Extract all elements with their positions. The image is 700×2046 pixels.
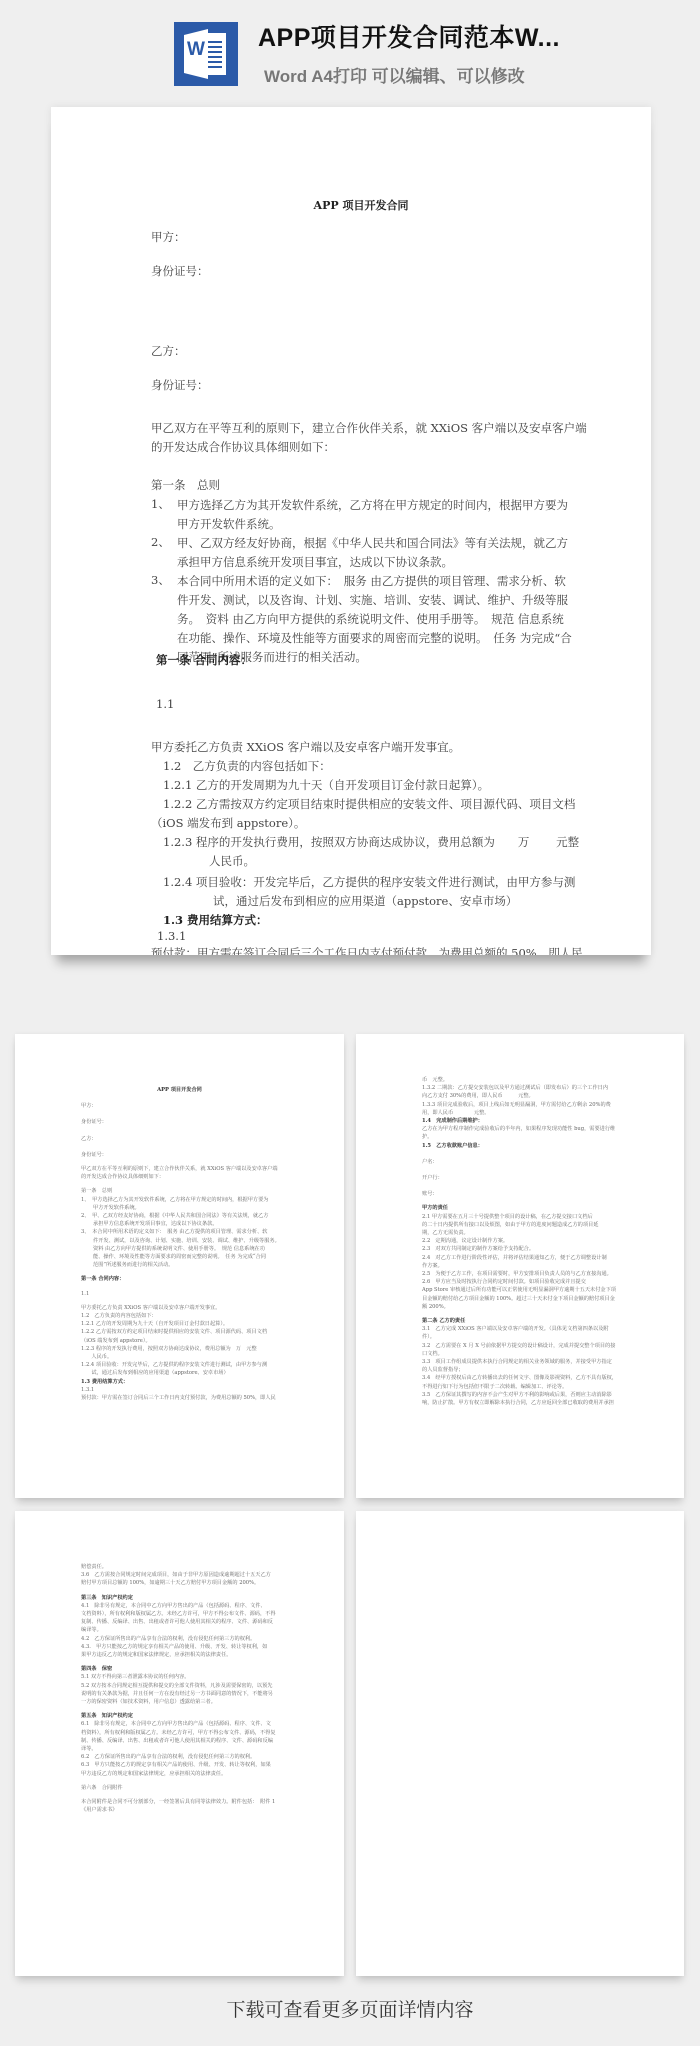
- clause-1-2: 1.2 乙方负责的内容包括如下：: [163, 758, 331, 774]
- thumbnail-text-line: 赔偿责任。: [81, 1563, 107, 1571]
- word-letter: W: [186, 39, 206, 61]
- thumbnail-text-line: 3.2 乙方需要在 X 月 X 号前依据甲方提交的设计稿设计，完成并提交整个项目…: [422, 1342, 615, 1350]
- thumbnail-text-line: 编译等。: [81, 1626, 102, 1634]
- thumbnail-text-line: 制、传播、反编译、出售、出租或者许可他人使用其相关的程序、文件、源码和反编: [81, 1737, 273, 1745]
- thumbnail-text-line: 4.3. 甲方只能按乙方的规定享有相关产品的使用、升级、开发、转让等权利，如: [81, 1643, 267, 1651]
- thumbnail-text-line: 不得进行如下行为包括但不限于二次转载、编辑加工、评论等。: [422, 1383, 567, 1391]
- clause-1-2-4-cont: 试，通过后发布到相应的应用渠道（appstore、安卓市场）: [213, 893, 517, 909]
- thumbnail-page-4[interactable]: [356, 1511, 684, 1976]
- thumbnail-text-line: 第五条 知识产权约定: [81, 1712, 133, 1720]
- thumbnail-text-line: 本合同附件是合同不可分割部分，一经签署后具有同等法律效力。附件包括： 附件 1: [81, 1798, 275, 1806]
- clause-1-2-3-cont: 人民币。: [209, 853, 255, 869]
- thumbnail-text-line: 2.2 定期沟通，议定设计制作方案。: [422, 1237, 508, 1245]
- thumbnail-text-line: 1.4 完成制作后期维护：: [422, 1117, 483, 1125]
- thumbnail-text-line: 3.1 乙方完成 XXiOS 客户端以及安卓客户端的开发。（具体见文档第四条以及…: [422, 1325, 609, 1333]
- thumbnail-text-line: 赔付甲方项目总额的 100%，如逾期三十天乙方赔付甲方项目金额的 200%。: [81, 1579, 259, 1587]
- thumbnail-text-line: 4.1 除非另有规定，本合同中乙方向甲方售出的产品（包括源码、程序、文件、: [81, 1602, 266, 1610]
- thumbnail-text-line: 第一条 合同内容：: [81, 1275, 124, 1283]
- thumbnail-text-line: 范围”所述服务而进行的相关活动。: [81, 1261, 174, 1269]
- clause-1-2-3: 1.2.3 程序的开发执行费用，按照双方协商达成协议，费用总额为 万 元整: [163, 834, 579, 850]
- thumbnail-text-line: 1.2.3 程序的开发执行费用，按照双方协商达成协议，费用总额为 万 元整: [81, 1345, 257, 1353]
- thumbnail-text-line: 试，通过后发布到相应的应用渠道（appstore、安卓市场）: [81, 1369, 229, 1377]
- clause-1-2-2: 1.2.2 乙方需按双方约定项目结束时提供相应的安装文件、项目源代码、项目文档: [163, 796, 575, 812]
- thumbnail-text-line: 1.2.4 项目验收：开发完毕后，乙方提供的程序安装文件进行测试，由甲方参与测: [81, 1361, 267, 1369]
- party-a-label: 甲方：: [151, 229, 186, 245]
- thumbnail-text-line: 账号：: [422, 1190, 438, 1198]
- thumbnail-text-line: 响，防止扩散。甲方有权立即解除本执行合同，乙方应返回全部已收取的费用并承担: [422, 1399, 614, 1407]
- thumbnail-text-line: 6.2 乙方保证所售出的产品享有合法的权利，没有侵犯任何第三方的权利。: [81, 1753, 255, 1761]
- section-general-heading: 第一条 总则: [151, 477, 220, 493]
- party-b-label: 乙方：: [151, 343, 186, 359]
- thumbnail-text-line: 1.2.2 乙方需按双方约定项目结束时提供相应的安装文件、项目源代码、项目文档: [81, 1328, 267, 1336]
- thumbnail-text-line: 币 元整。: [422, 1076, 448, 1084]
- thumbnail-text-line: 6.1 除非另有规定，本合同中乙方向甲方售出的产品（包括源码、程序、文件、文: [81, 1720, 271, 1728]
- thumbnail-text-line: 第四条 保密: [81, 1665, 112, 1673]
- word-document-icon: W: [174, 22, 238, 86]
- clause-1-3-1: 1.3.1: [157, 929, 186, 943]
- thumbnail-text-line: 开户行：: [422, 1174, 443, 1182]
- thumbnail-text-line: 甲方开发软件系统。: [81, 1204, 140, 1212]
- thumbnail-text-line: 户名：: [422, 1158, 438, 1166]
- intro-line-1: 甲乙双方在平等互利的原则下，建立合作伙伴关系，就 XXiOS 客户端以及安卓客户…: [151, 420, 587, 436]
- thumbnail-text-line: 5.1 双方不得向第三者泄露本协议的任何内容。: [81, 1673, 189, 1681]
- document-subtitle: Word A4打印 可以编辑、可以修改: [264, 62, 525, 87]
- thumbnail-text-line: 件）。: [422, 1333, 435, 1341]
- thumbnail-text-line: 2.5 为便于乙方工作，在项目需要时，甲方安排项目负责人员的与乙方直接沟通。: [422, 1270, 612, 1278]
- thumbnail-text-line: 1.2 乙方负责的内容包括如下：: [81, 1312, 157, 1320]
- thumbnail-text-line: APP 项目开发合同: [15, 1086, 344, 1094]
- section-contract-content-heading: 第一条 合同内容：: [156, 652, 252, 668]
- thumbnail-text-line: 2.6 甲方应当及时按执行合同约定时间付款。如项目验收完成并且提交: [422, 1278, 586, 1286]
- clause-1-2-1: 1.2.1 乙方的开发周期为九十天（自开发项目订金付款日起算）。: [163, 777, 489, 793]
- thumbnail-text-line: 向乙方支付 30%的费用，即人民币 元整。: [422, 1092, 534, 1100]
- thumbnail-text-line: 《用户需求书》: [81, 1806, 117, 1814]
- thumbnail-text-line: 目金额的赔付给乙方项目金额的 100%。超过三十天未付金下项目金额的赔付项目金: [422, 1295, 615, 1303]
- thumbnail-text-line: 的二十日内提供所有接口以及烦图，如由于甲方的进度问题造成乙方的项目延: [422, 1221, 598, 1229]
- thumbnail-page-2[interactable]: 币 元整。1.3.2 二期款：乙方提交安装包以及甲方通过测试后（即发布后）的三个…: [356, 1034, 684, 1498]
- thumbnail-text-line: 第三条 知识产权约定: [81, 1594, 133, 1602]
- clause-1-3: 1.3 费用结算方式：: [163, 912, 268, 928]
- clause-1-3-1-text: 预付款：甲方需在签订合同后三个工作日内支付预付款，为费用总额的 50%，即人民: [151, 945, 583, 955]
- thumbnail-text-line: 件开发、测试，以及咨询、计划、实施、培训、安装、调试、维护、升级等服务。: [81, 1237, 280, 1245]
- thumbnail-text-line: 说明的有关条款为据，并且任何一方在没有经过另一方书面同意的情况下，不能将另: [81, 1690, 273, 1698]
- intro-line-2: 的开发达成合作协议具体细则如下：: [151, 439, 335, 455]
- thumbnail-text-line: 译等。: [81, 1745, 97, 1753]
- document-title: APP项目开发合同范本W...: [258, 18, 560, 54]
- thumbnail-text-line: 甲方违反乙方的规定和国家法律规定，应承担相关的法律责任。: [81, 1770, 226, 1778]
- clause-1-2-2-cont: （iOS 端发布到 appstore）。: [151, 815, 305, 831]
- download-more-pages-link[interactable]: 下载可查看更多页面详情内容: [0, 1995, 700, 2022]
- thumbnail-text-line: 1、 甲方选择乙方为其开发软件系统，乙方将在甲方规定的时间内，根据甲方要为: [81, 1196, 268, 1204]
- thumbnail-text-line: 的开发达成合作协议具体细则如下：: [81, 1173, 164, 1181]
- thumbnail-page-1[interactable]: APP 项目开发合同甲方：身份证号：乙方：身份证号：甲乙双方在平等互利的原则下，…: [15, 1034, 344, 1498]
- contract-title: APP 项目开发合同: [151, 197, 571, 213]
- clause-1-1-text: 甲方委托乙方负责 XXiOS 客户端以及安卓客户端开发事宜。: [151, 739, 460, 755]
- thumbnail-text-line: 5.2 双方按本合同规定相互提供和提交的全部文件资料，凡涉及需要保密的，以预先: [81, 1682, 272, 1690]
- thumbnail-text-line: 第二条 乙方的责任: [422, 1317, 465, 1325]
- thumbnail-text-line: 1.1: [81, 1290, 89, 1298]
- thumbnail-text-line: （iOS 端发布到 appstore）。: [81, 1337, 151, 1345]
- thumbnail-text-line: 1.2.1 乙方的开发周期为九十天（自开发项目订金付款日起算）。: [81, 1320, 228, 1328]
- thumbnail-text-line: 甲方委托乙方负责 XXiOS 客户端以及安卓客户端开发事宜。: [81, 1304, 220, 1312]
- thumbnail-text-line: 果甲方违反乙方的规定和国家法律规定，应承担相关的法律责任。: [81, 1651, 231, 1659]
- thumbnail-text-line: 用，即人民币 元整。: [422, 1109, 489, 1117]
- thumbnail-text-line: 2.1 甲方需要在五月三十号提供整个项目的设计稿，在乙方提交接口文档后: [422, 1213, 593, 1221]
- thumbnail-text-line: 期，乙方无需负责。: [422, 1229, 469, 1237]
- thumbnail-text-line: 1.3.1: [81, 1386, 94, 1394]
- thumbnail-text-line: 文档资料），所有权利和版权属乙方。未经乙方许可，甲方不得公布文件、源码，不得: [81, 1610, 276, 1618]
- thumbnail-text-line: 第一条 总则: [81, 1187, 112, 1195]
- thumbnail-text-line: 3.3 项目工作组成员提供本执行合同规定的相关业务领域的服务，并接受甲方指定: [422, 1358, 612, 1366]
- clause-1-1: 1.1: [156, 697, 174, 711]
- thumbnail-text-line: 额 200%。: [422, 1303, 449, 1311]
- party-a-id-label: 身份证号：: [151, 263, 209, 279]
- thumbnail-text-line: 承担甲方信息系统开发项目事宜，达成以下协议条款。: [81, 1220, 218, 1228]
- thumbnail-text-line: 复制、传播、反编译、出售、出租或者许可他人使用其相关的程序、文件、源码和反: [81, 1618, 273, 1626]
- main-page-preview: APP 项目开发合同 甲方： 身份证号： 乙方： 身份证号： 甲乙双方在平等互利…: [51, 107, 651, 955]
- thumbnail-text-line: 护。: [422, 1133, 432, 1141]
- header: W APP项目开发合同范本W... Word A4打印 可以编辑、可以修改: [0, 0, 700, 100]
- thumbnail-text-line: 身份证号：: [81, 1151, 107, 1159]
- thumbnail-text-line: 1.3.2 二期款：乙方提交安装包以及甲方通过测试后（即发布后）的三个工作日内: [422, 1084, 608, 1092]
- thumbnail-text-line: 预付款：甲方需在签订合同后三个工作日内支付预付款，为费用总额的 50%，即人民: [81, 1394, 276, 1402]
- thumbnail-text-line: 6.3 甲方只能按乙方的规定享有相关产品的使用、升级、开发、转让等权利，如果: [81, 1761, 271, 1769]
- thumbnail-text-line: 第六条 合同附件: [81, 1784, 123, 1792]
- thumbnail-text-line: 2、 甲、乙双方经友好协商，根据《中华人民共和国合同法》等有关法规，就乙方: [81, 1212, 268, 1220]
- thumbnail-text-line: 3、 本合同中所用术语的定义如下： 服务 由乙方提供的项目管理、需求分析、软: [81, 1228, 268, 1236]
- thumbnail-text-line: 4.2 乙方保证所售出的产品享有合法的权利，没有侵犯任何第三方的权利。: [81, 1635, 255, 1643]
- thumbnail-text-line: 乙方：: [81, 1135, 97, 1143]
- clause-1-2-4: 1.2.4 项目验收：开发完毕后，乙方提供的程序安装文件进行测试，由甲方参与测: [163, 874, 575, 890]
- party-b-id-label: 身份证号：: [151, 377, 209, 393]
- thumbnail-text-line: 能、操作、环境及性能等方面要求的周密而完整的说明。 任务 为完成“合同: [81, 1253, 266, 1261]
- thumbnail-text-line: App Store 审核通过后所有功能可以正常使用无明显漏洞甲方逾期十五天未付金…: [422, 1286, 616, 1294]
- thumbnail-text-line: 3.4 经甲方授权后由乙方转播出去的任何文字、图像及影视资料，乙方不具有版权，: [422, 1374, 617, 1382]
- thumbnail-text-line: 1.3.3 项目完成验收后，项目上线后如无明显漏洞，甲方需付给乙方剩余 20%的…: [422, 1101, 611, 1109]
- thumbnail-text-line: 一方的保密资料（如技术资料，用户信息）透露给第三者。: [81, 1698, 216, 1706]
- thumbnail-text-line: 甲方的责任: [422, 1204, 448, 1212]
- thumbnail-text-line: 2.4 对乙方工作进行阶段性评估，并将评估结果通知乙方，便于乙方调整设计制: [422, 1254, 607, 1262]
- thumbnail-text-line: 口文档。: [422, 1350, 443, 1358]
- thumbnail-text-line: 甲方：: [81, 1102, 97, 1110]
- thumbnail-page-3[interactable]: 赔偿责任。3.6 乙方需按合同规定时间完成项目，如由于非甲方原因造成逾期超过十五…: [15, 1511, 344, 1976]
- thumbnail-text-line: 2.3 对双方共同制定的制作方案给予支持配合。: [422, 1245, 534, 1253]
- thumbnail-text-line: 乙方在为甲方程序制作完成验收后的半年内，如果程序发现功能性 bug，需要进行维: [422, 1125, 615, 1133]
- thumbnail-text-line: 3.5 乙方保证其撰写的内容不会产生对甲方不利的影响或后果，否则应主动消除影: [422, 1391, 612, 1399]
- thumbnail-text-line: 作方案。: [422, 1262, 443, 1270]
- thumbnail-text-line: 甲乙双方在平等互利的原则下，建立合作伙伴关系，就 XXiOS 客户端以及安卓客户…: [81, 1165, 278, 1173]
- thumbnail-text-line: 身份证号：: [81, 1118, 107, 1126]
- thumbnail-text-line: 1.3 费用结算方式：: [81, 1378, 128, 1386]
- thumbnail-text-line: 的人员监督指导；: [422, 1366, 464, 1374]
- thumbnail-text-line: 1.5 乙方收款账户信息：: [422, 1142, 483, 1150]
- thumbnail-text-line: 人民币。: [81, 1353, 112, 1361]
- thumbnail-text-line: 资料 由乙方向甲方提供的系统说明文件、使用手册等。 规范 信息系统在功: [81, 1245, 265, 1253]
- thumbnail-text-line: 3.6 乙方需按合同规定时间完成项目，如由于非甲方原因造成逾期超过十五天乙方: [81, 1571, 271, 1579]
- thumbnail-text-line: 档资料），所有权利和版权属乙方。未经乙方许可，甲方不得公布文件、源码，不得复: [81, 1729, 276, 1737]
